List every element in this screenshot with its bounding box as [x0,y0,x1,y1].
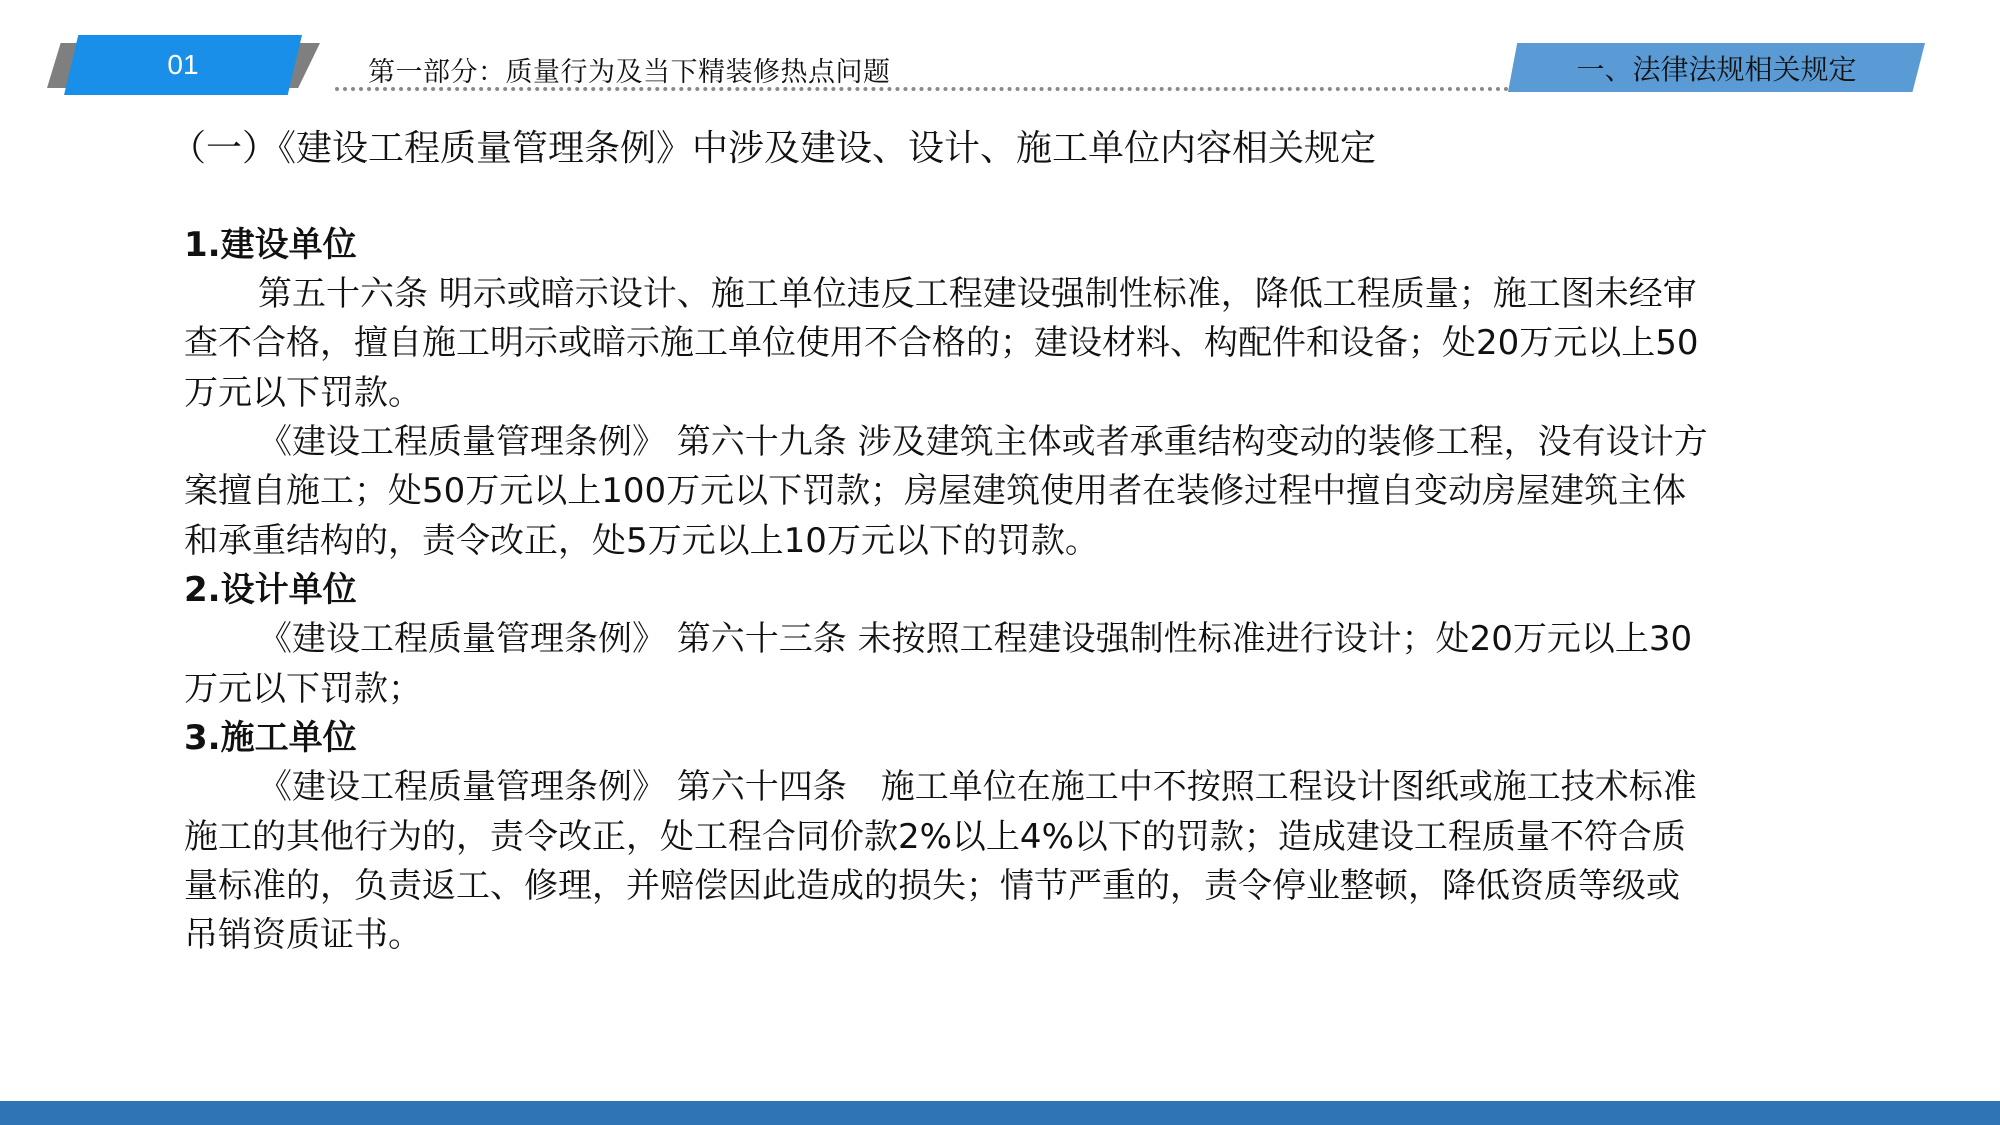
footer-bar [0,1101,2000,1125]
body-line: 施工的其他行为的，责令改正，处工程合同价款2%以上4%以下的罚款；造成建设工程质… [184,817,1686,857]
section-title-design: 2.设计单位 [184,570,357,610]
body-line: 《建设工程质量管理条例》 第六十四条 施工单位在施工中不按照工程设计图纸或施工技… [184,767,1697,807]
section-tab-label: 一、法律法规相关规定 [1576,48,1856,88]
body-line: 量标准的，负责返工、修理，并赔偿因此造成的损失；情节严重的，责令停业整顿，降低资… [184,866,1680,906]
body-line: 查不合格，擅自施工明示或暗示施工单位使用不合格的；建设材料、构配件和设备；处20… [184,323,1699,363]
body-line: 吊销资质证书。 [184,915,422,955]
body-line: 《建设工程质量管理条例》 第六十三条 未按照工程建设强制性标准进行设计；处20万… [184,619,1692,659]
body-line: 《建设工程质量管理条例》 第六十九条 涉及建筑主体或者承重结构变动的装修工程，没… [184,422,1708,462]
section-number: 01 [167,49,198,81]
section-title-contractor: 3.施工单位 [184,718,357,758]
section-number-tab: 01 [64,35,302,95]
body-line: 案擅自施工；处50万元以上100万元以下罚款；房屋建筑使用者在装修过程中擅自变动… [184,471,1686,511]
section-tab: 一、法律法规相关规定 [1508,43,1925,92]
body-line: 万元以下罚款。 [184,373,422,413]
body-line: 和承重结构的，责令改正，处5万元以上10万元以下的罚款。 [184,521,1099,561]
section-title-construction: 1.建设单位 [184,225,357,265]
page-heading: （一）《建设工程质量管理条例》中涉及建设、设计、施工单位内容相关规定 [170,120,1376,171]
part-title: 第一部分：质量行为及当下精装修热点问题 [368,50,891,89]
body-line: 第五十六条 明示或暗示设计、施工单位违反工程建设强制性标准，降低工程质量；施工图… [184,274,1697,314]
body-line: 万元以下罚款； [184,669,422,709]
